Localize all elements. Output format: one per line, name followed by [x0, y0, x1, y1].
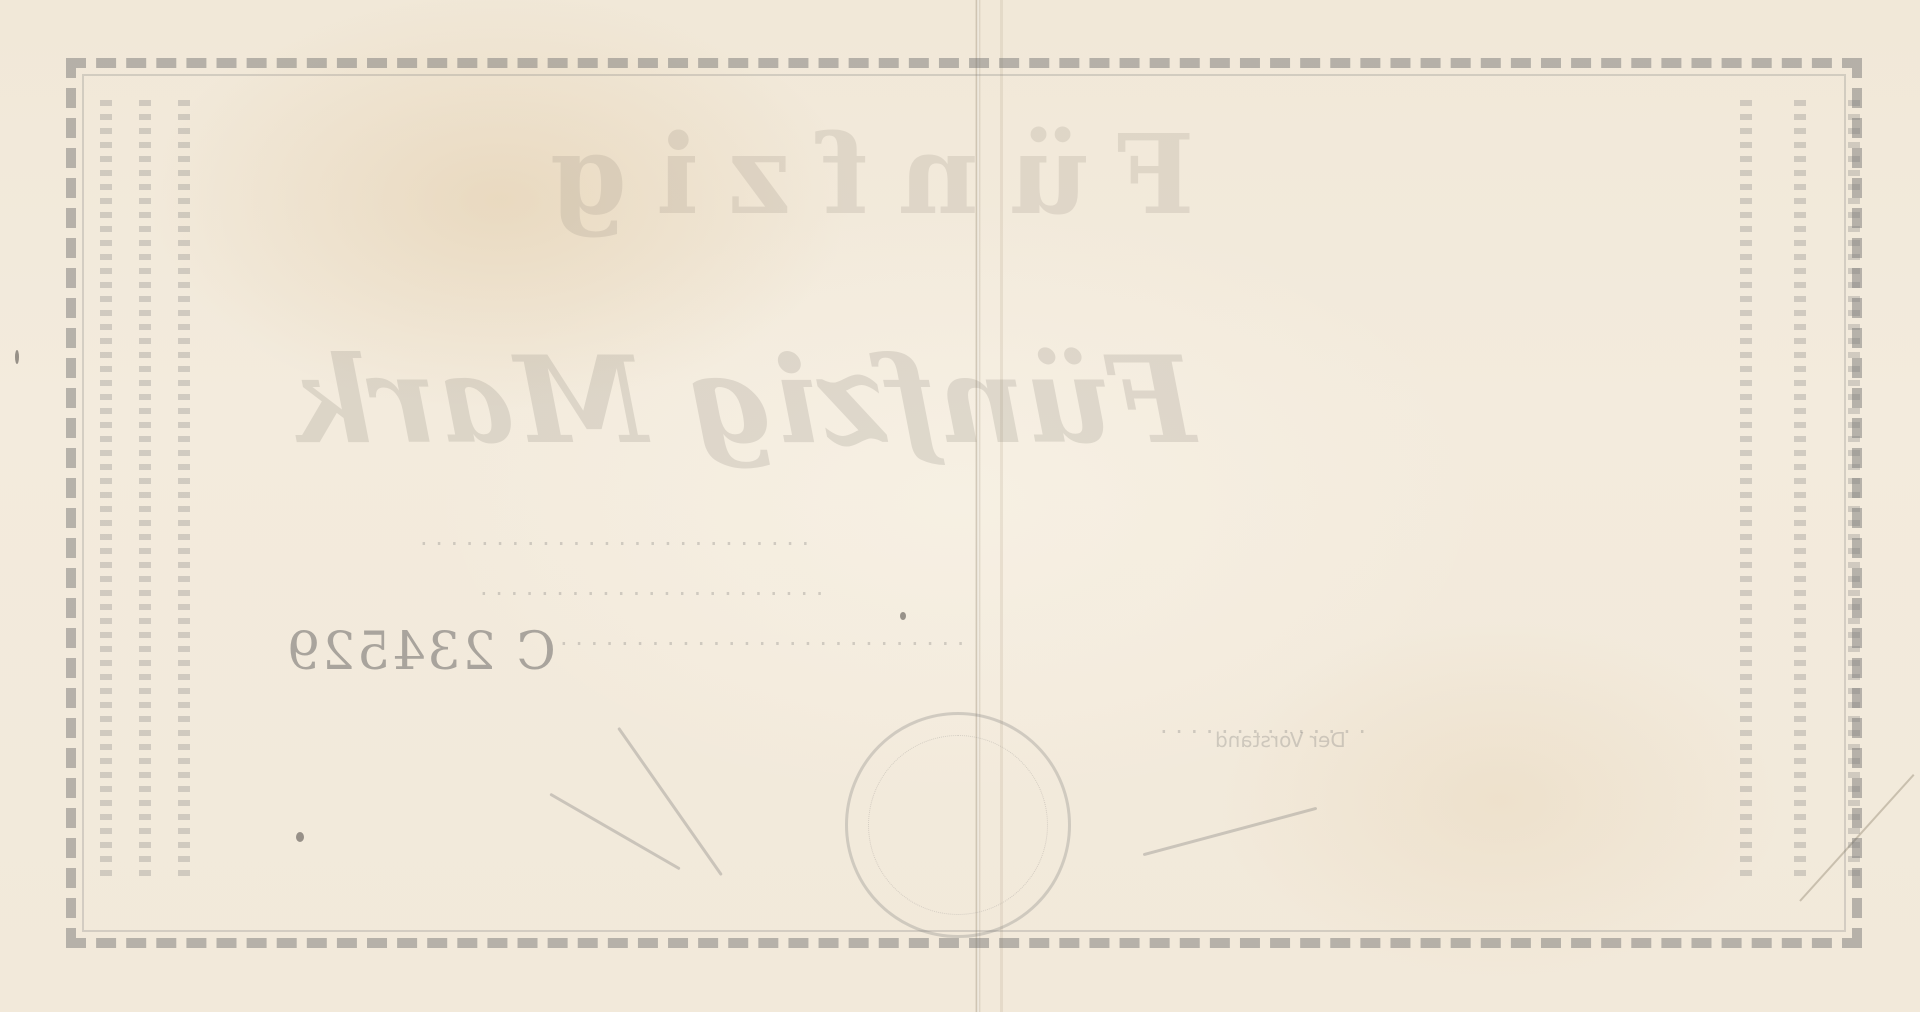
ink-speck	[900, 612, 906, 620]
mirrored-serial-number: C 234529	[285, 622, 556, 682]
mirrored-signature-label: Der Vorstand	[1215, 728, 1346, 752]
side-text-line	[1794, 100, 1806, 880]
left-side-text-column	[100, 100, 190, 880]
mirrored-denomination: Fünfzig Mark	[290, 330, 1196, 471]
ink-speck	[15, 350, 19, 364]
side-text-line	[178, 100, 190, 880]
side-text-line	[139, 100, 151, 880]
right-side-text-column	[1740, 100, 1860, 880]
side-text-line	[1848, 100, 1860, 880]
mirrored-title: Fünfzig	[520, 110, 1195, 239]
side-text-line	[1740, 100, 1752, 880]
ink-speck	[296, 832, 304, 842]
mirrored-text-line: · · · · · · · · · · · · · · · · · · · · …	[560, 630, 964, 658]
mirrored-text-line: · · · · · · · · · · · · · · · · · · · · …	[420, 530, 809, 558]
circular-stamp-seal	[845, 712, 1071, 938]
mirrored-text-line: · · · · · · · · · · · · · · · · · · · · …	[480, 580, 823, 608]
side-text-line	[100, 100, 112, 880]
